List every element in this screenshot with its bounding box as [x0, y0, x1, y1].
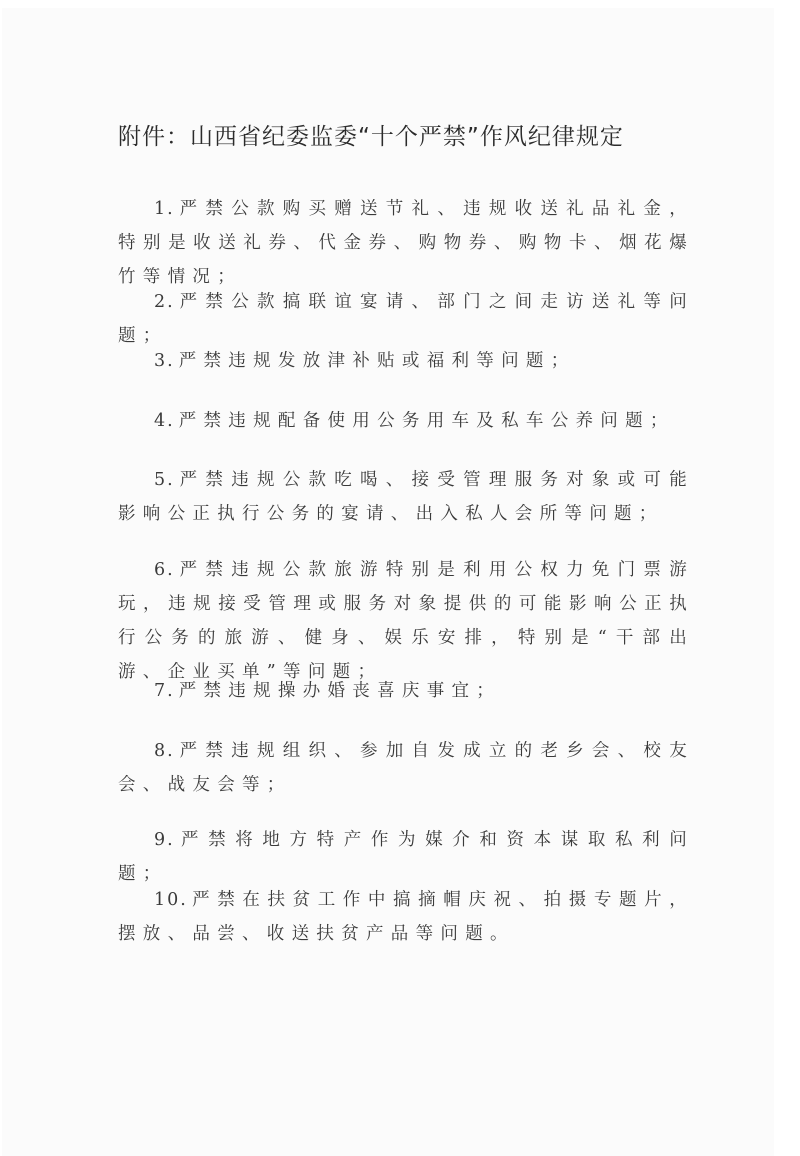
regulation-item-6: 6.严禁违规公款旅游特别是利用公权力免门票游玩，违规接受管理或服务对象提供的可能… — [118, 553, 694, 689]
item-number: 8. — [154, 741, 175, 761]
item-text: 严禁违规公款旅游特别是利用公权力免门票游玩，违规接受管理或服务对象提供的可能影响… — [118, 560, 694, 682]
item-text: 严禁违规组织、参加自发成立的老乡会、校友会、战友会等； — [118, 741, 694, 795]
regulation-item-4: 4.严禁违规配备使用公务用车及私车公养问题； — [118, 404, 694, 438]
item-text: 严禁公款搞联谊宴请、部门之间走访送礼等问题； — [118, 292, 694, 346]
item-text: 严禁公款购买赠送节礼、违规收送礼品礼金，特别是收送礼券、代金券、购物券、购物卡、… — [118, 199, 694, 287]
regulation-item-7: 7.严禁违规操办婚丧喜庆事宜； — [118, 674, 694, 708]
item-text: 严禁违规操办婚丧喜庆事宜； — [179, 681, 501, 701]
item-text: 严禁将地方特产作为媒介和资本谋取私利问题； — [118, 830, 694, 884]
regulation-item-9: 9.严禁将地方特产作为媒介和资本谋取私利问题； — [118, 823, 694, 891]
regulation-item-1: 1.严禁公款购买赠送节礼、违规收送礼品礼金，特别是收送礼券、代金券、购物券、购物… — [118, 192, 694, 294]
regulation-item-10: 10.严禁在扶贫工作中搞摘帽庆祝、拍摄专题片，摆放、品尝、收送扶贫产品等问题。 — [118, 883, 694, 951]
regulation-item-5: 5.严禁违规公款吃喝、接受管理服务对象或可能影响公正执行公务的宴请、出入私人会所… — [118, 463, 694, 531]
item-number: 7. — [154, 681, 175, 701]
item-text: 严禁违规公款吃喝、接受管理服务对象或可能影响公正执行公务的宴请、出入私人会所等问… — [118, 470, 694, 524]
item-text: 严禁违规配备使用公务用车及私车公养问题； — [179, 411, 675, 431]
item-number: 5. — [154, 470, 175, 490]
regulation-item-8: 8.严禁违规组织、参加自发成立的老乡会、校友会、战友会等； — [118, 734, 694, 802]
item-text: 严禁在扶贫工作中搞摘帽庆祝、拍摄专题片，摆放、品尝、收送扶贫产品等问题。 — [118, 890, 694, 944]
item-number: 10. — [154, 890, 188, 910]
item-number: 4. — [154, 411, 175, 431]
item-number: 2. — [154, 292, 175, 312]
item-number: 9. — [154, 830, 175, 850]
item-text: 严禁违规发放津补贴或福利等问题； — [179, 351, 576, 371]
document-title: 附件：山西省纪委监委“十个严禁”作风纪律规定 — [118, 118, 624, 151]
item-number: 6. — [154, 560, 175, 580]
regulation-item-3: 3.严禁违规发放津补贴或福利等问题； — [118, 344, 694, 378]
item-number: 1. — [154, 199, 175, 219]
item-number: 3. — [154, 351, 175, 371]
regulation-item-2: 2.严禁公款搞联谊宴请、部门之间走访送礼等问题； — [118, 285, 694, 353]
scanned-page: 附件：山西省纪委监委“十个严禁”作风纪律规定 1.严禁公款购买赠送节礼、违规收送… — [2, 8, 774, 1156]
